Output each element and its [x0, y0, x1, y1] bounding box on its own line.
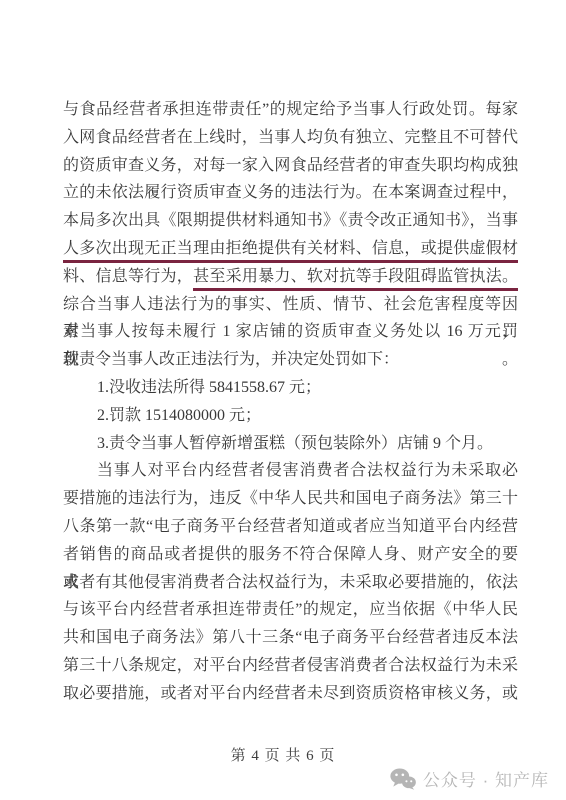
- document-text: 入网食品经营者在上线时，当事人均负有独立、完整且不可替代: [63, 129, 518, 146]
- document-line: 共和国电子商务法》第八十三条“电子商务平台经营者违反本法: [63, 624, 518, 652]
- document-line: 料、信息等行为，甚至采用暴力、软对抗等手段阻碍监管执法。: [63, 263, 518, 291]
- document-line: 与该平台内经营者承担连带责任”的规定，应当依据《中华人民: [63, 596, 518, 624]
- document-text: 与食品经营者承担连带责任”的规定给予当事人行政处罚。每家: [63, 101, 518, 118]
- document-line: 入网食品经营者在上线时，当事人均负有独立、完整且不可替代: [63, 124, 518, 152]
- document-line: 立的未依法履行资质审查义务的违法行为。在本案调查过程中，: [63, 179, 518, 207]
- document-line: 本局多次出具《限期提供材料通知书》《责令改正通知书》，当事: [63, 207, 518, 235]
- document-text: 1.没收违法所得 5841558.67 元；: [97, 379, 321, 396]
- document-text: 现责令当事人改正违法行为，并决定处罚如下：: [63, 351, 399, 368]
- document-line: 当事人对平台内经营者侵害消费者合法权益行为未采取必: [63, 457, 518, 485]
- document-page: 与食品经营者承担连带责任”的规定给予当事人行政处罚。每家入网食品经营者在上线时，…: [0, 0, 566, 800]
- document-line: 八条第一款“电子商务平台经营者知道或者应当知道平台内经营: [63, 513, 518, 541]
- document-text: 第三十八条规定，对平台内经营者侵害消费者合法权益行为未采: [63, 657, 518, 674]
- document-line: 第三十八条规定，对平台内经营者侵害消费者合法权益行为未采: [63, 652, 518, 680]
- wechat-badge: 公众号 · 知产库: [390, 766, 549, 791]
- document-line: 或者有其他侵害消费者合法权益行为，未采取必要措施的，依法: [63, 569, 518, 597]
- document-text: 2.罚款 1514080000 元；: [97, 407, 261, 424]
- document-text: 与该平台内经营者承担连带责任”的规定，应当依据《中华人民: [63, 601, 518, 618]
- document-text: 当事人对平台内经营者侵害消费者合法权益行为未采取必: [97, 462, 518, 479]
- document-line: 要措施的违法行为，违反《中华人民共和国电子商务法》第三十: [63, 485, 518, 513]
- document-line: 者销售的商品或者提供的服务不符合保障人身、财产安全的要求，: [63, 541, 518, 569]
- document-text: 共和国电子商务法》第八十三条“电子商务平台经营者违反本法: [63, 629, 518, 646]
- red-underlined-text: 人多次出现无正当理由拒绝提供有关材料、信息，或提供虚假材: [63, 240, 518, 263]
- document-text: 本局多次出具《限期提供材料通知书》《责令改正通知书》，当事: [63, 212, 518, 229]
- wechat-badge-text: 公众号 · 知产库: [423, 766, 549, 791]
- document-line: 的资质审查义务，对每一家入网食品经营者的审查失职均构成独: [63, 152, 518, 180]
- document-text: 料、信息等行为，: [63, 268, 193, 285]
- document-line: 与食品经营者承担连带责任”的规定给予当事人行政处罚。每家: [63, 96, 518, 124]
- document-line: 对当事人按每未履行 1 家店铺的资质审查义务处以 16 万元罚款。: [63, 318, 518, 346]
- document-text: 的资质审查义务，对每一家入网食品经营者的审查失职均构成独: [63, 157, 518, 174]
- document-text: 立的未依法履行资质审查义务的违法行为。在本案调查过程中，: [63, 184, 518, 201]
- document-text: 要措施的违法行为，违反《中华人民共和国电子商务法》第三十: [63, 490, 518, 507]
- document-line: 1.没收违法所得 5841558.67 元；: [63, 374, 518, 402]
- document-body: 与食品经营者承担连带责任”的规定给予当事人行政处罚。每家入网食品经营者在上线时，…: [63, 96, 518, 708]
- document-line: 3.责令当事人暂停新增蛋糕（预包装除外）店铺 9 个月。: [63, 430, 518, 458]
- document-text: 3.责令当事人暂停新增蛋糕（预包装除外）店铺 9 个月。: [97, 435, 493, 452]
- wechat-icon: [390, 768, 416, 790]
- document-line: 2.罚款 1514080000 元；: [63, 402, 518, 430]
- page-number: 第 4 页 共 6 页: [0, 744, 566, 765]
- document-text: 或者有其他侵害消费者合法权益行为，未采取必要措施的，依法: [63, 574, 518, 591]
- document-line: 取必要措施，或者对平台内经营者未尽到资质资格审核义务，或: [63, 680, 518, 708]
- document-line: 人多次出现无正当理由拒绝提供有关材料、信息，或提供虚假材: [63, 235, 518, 263]
- document-line: 综合当事人违法行为的事实、性质、情节、社会危害程度等因素，: [63, 291, 518, 319]
- document-text: 取必要措施，或者对平台内经营者未尽到资质资格审核义务，或: [63, 685, 518, 702]
- red-underlined-text: 甚至采用暴力、软对抗等手段阻碍监管执法。: [193, 268, 518, 291]
- document-text: 八条第一款“电子商务平台经营者知道或者应当知道平台内经营: [63, 518, 518, 535]
